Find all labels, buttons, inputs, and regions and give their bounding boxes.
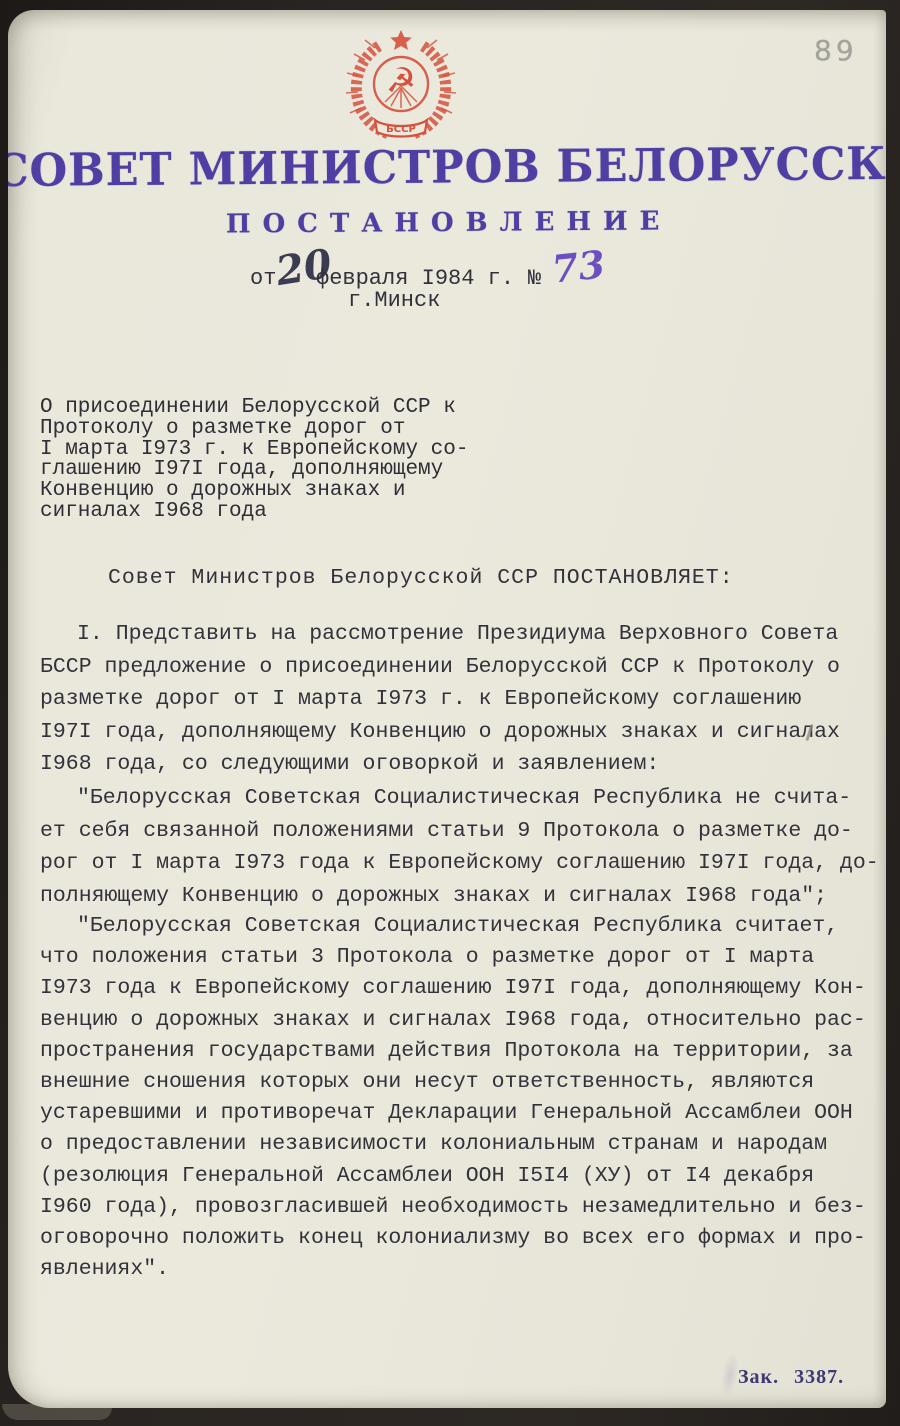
letterhead-organization: СОВЕТ МИНИСТРОВ БЕЛОРУССКОЙ ССР	[8, 137, 878, 197]
date-prefix: от	[250, 266, 276, 291]
text-line: I. Представить на рассмотрение Президиум…	[40, 618, 840, 651]
text-line: ет себя связанной положениями статьи 9 П…	[40, 815, 879, 848]
text-line: рог от I марта I973 года к Европейскому …	[40, 847, 879, 880]
text-line: венцию о дорожных знаках и сигналах I968…	[40, 1005, 866, 1036]
ribbon-label: БССР	[386, 124, 416, 135]
subject-block: О присоединении Белорусской ССР кПротоко…	[40, 398, 468, 523]
hammer-and-sickle-icon: ☭	[386, 61, 416, 101]
paragraph-3-statement-quote: "Белорусская Советская Социалистическая …	[40, 911, 866, 1285]
star-icon	[390, 30, 412, 50]
text-line: сигналах I968 года	[40, 502, 468, 523]
text-line: I97I года, дополняющему Конвенцию о доро…	[40, 716, 840, 749]
text-line: пространения государствами действия Прот…	[40, 1036, 866, 1067]
text-line: устаревшими и противоречат Декларации Ге…	[40, 1098, 866, 1129]
text-line: I марта I973 г. к Европейскому со-	[40, 440, 468, 461]
handwritten-document-number: 73	[550, 241, 607, 291]
number-sign: №	[528, 266, 541, 291]
text-line: "Белорусская Советская Социалистическая …	[40, 782, 879, 815]
letterhead-document-type: ПОСТАНОВЛЕНИЕ	[226, 206, 672, 239]
city-line: г.Минск	[348, 288, 440, 313]
text-line: оговорочно положить конец колониализму в…	[40, 1223, 866, 1254]
text-line: БССР предложение о присоединении Белорус…	[40, 651, 840, 684]
text-line: внешние сношения которых они несут ответ…	[40, 1067, 866, 1098]
text-line: полняющему Конвенцию о дорожных знаках и…	[40, 880, 879, 913]
text-line: явлениях".	[40, 1254, 866, 1285]
text-line: I973 года к Европейскому соглашению I97I…	[40, 973, 866, 1004]
text-line: I960 года), провозгласившей необходимост…	[40, 1192, 866, 1223]
text-line: О присоединении Белорусской ССР к	[40, 398, 468, 419]
paragraph-2-reservation-quote: "Белорусская Советская Социалистическая …	[40, 782, 879, 912]
text-line: "Белорусская Советская Социалистическая …	[40, 911, 866, 942]
text-line: (резолюция Генеральной Ассамблеи ООН I5I…	[40, 1161, 866, 1192]
bssr-emblem-icon: ☭ БССР	[345, 26, 457, 142]
text-line: Протоколу о разметке дорог от	[40, 419, 468, 440]
text-line: глашению I97I года, дополняющему	[40, 460, 468, 481]
text-line: что положения статьи 3 Протокола о разме…	[40, 942, 866, 973]
text-line: о предоставлении независимости колониаль…	[40, 1129, 866, 1160]
print-order-number: Зак. 3387.	[738, 1366, 844, 1389]
page-number-stamp: 89	[814, 34, 858, 67]
resolution-opening-line: Совет Министров Белорусской ССР ПОСТАНОВ…	[108, 566, 734, 590]
document-page: 89 ☭ БССР СОВЕТ МИНИСТ	[8, 10, 886, 1408]
text-line: разметке дорог от I марта I973 г. к Евро…	[40, 683, 840, 716]
paragraph-1: I. Представить на рассмотрение Президиум…	[40, 618, 840, 781]
text-line: I968 года, со следующими оговоркой и зая…	[40, 748, 840, 781]
text-line: Конвенцию о дорожных знаках и	[40, 481, 468, 502]
